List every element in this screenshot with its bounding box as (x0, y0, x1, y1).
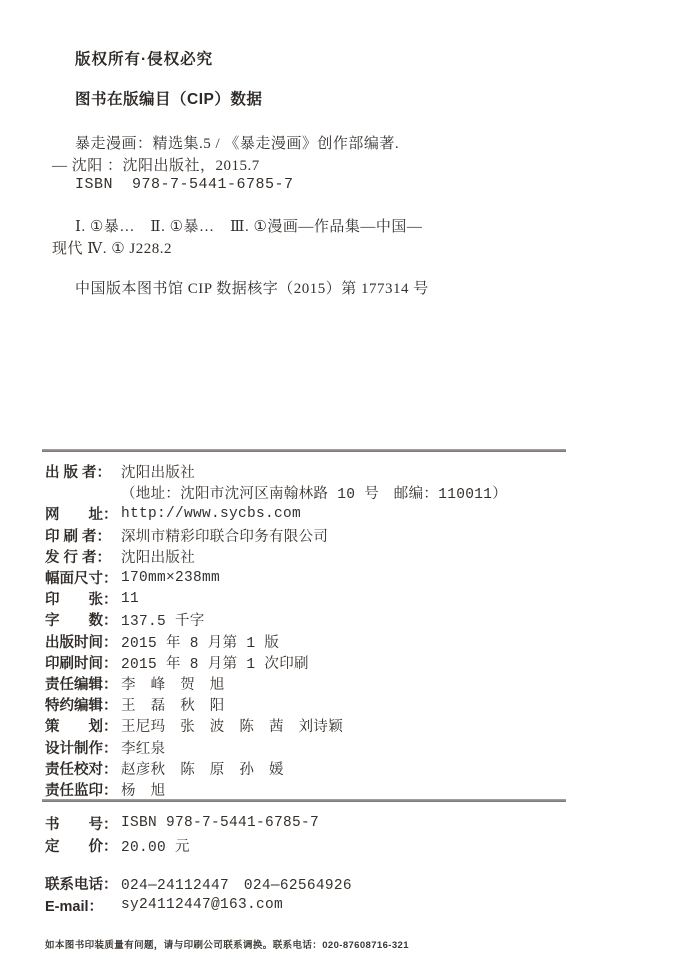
publication-row: 印刷时间： 2015 年 8 月第 1 次印刷 (45, 652, 507, 673)
publication-row: 责任监印： 杨 旭 (45, 779, 507, 800)
price-row: 定 价： 20.00 元 (45, 834, 319, 856)
publication-row: 策 划： 王尼玛 张 波 陈 茜 刘诗颖 (45, 715, 507, 736)
field-label: 特约编辑： (45, 694, 121, 715)
publication-row: 印 张： 11 (45, 588, 507, 609)
field-label: 策 划： (45, 715, 121, 736)
publication-row: （地址：沈阳市沈河区南翰林路 10 号 邮编：110011） (45, 482, 507, 503)
contact-list: 联系电话： 024—24112447 024—62564926 E-mail： … (45, 872, 352, 916)
field-value: 11 (121, 591, 139, 607)
publication-row: 幅面尺寸： 170mm×238mm (45, 567, 507, 588)
field-label: 印 刷 者： (45, 525, 121, 546)
publication-row: 印 刷 者： 深圳市精彩印联合印务有限公司 (45, 525, 507, 546)
field-value: http://www.sycbs.com (121, 506, 301, 522)
field-value: （地址：沈阳市沈河区南翰林路 10 号 邮编：110011） (121, 482, 507, 503)
cip-class-line-2: 现代 Ⅳ. ① J228.2 (52, 237, 172, 258)
field-value: 沈阳出版社 (121, 461, 195, 482)
field-label: 幅面尺寸： (45, 567, 121, 588)
field-label: 定 价： (45, 835, 121, 856)
publication-row: 设计制作： 李红泉 (45, 736, 507, 757)
field-label: E-mail： (45, 895, 121, 916)
field-value: 20.00 元 (121, 835, 190, 856)
field-value: 沈阳出版社 (121, 546, 195, 567)
publication-row: 出 版 者： 沈阳出版社 (45, 461, 507, 482)
field-label: 出版时间： (45, 631, 121, 652)
field-value: 2015 年 8 月第 1 次印刷 (121, 652, 309, 673)
divider-bottom (42, 799, 566, 802)
cip-record-number: 中国版本图书馆 CIP 数据核字（2015）第 177314 号 (75, 277, 429, 298)
publication-row: 责任编辑： 李 峰 贺 旭 (45, 673, 507, 694)
field-label: 责任校对： (45, 758, 121, 779)
copyright-page: 版权所有·侵权必究 图书在版编目（CIP）数据 暴走漫画：精选集.5 / 《暴走… (0, 0, 700, 980)
book-number-row: 书 号： ISBN 978-7-5441-6785-7 (45, 812, 319, 834)
contact-phone-row: 联系电话： 024—24112447 024—62564926 (45, 872, 352, 894)
field-label: 印刷时间： (45, 652, 121, 673)
cip-class-line-1: Ⅰ. ①暴… Ⅱ. ①暴… Ⅲ. ①漫画—作品集—中国— (75, 215, 422, 236)
field-label: 责任编辑： (45, 673, 121, 694)
publication-row: 特约编辑： 王 磊 秋 阳 (45, 694, 507, 715)
field-label: 网 址： (45, 503, 121, 524)
field-label: 书 号： (45, 813, 121, 834)
field-value: 王 磊 秋 阳 (121, 694, 225, 715)
field-label: 责任监印： (45, 779, 121, 800)
publication-row: 网 址： http://www.sycbs.com (45, 503, 507, 524)
field-value: ISBN 978-7-5441-6785-7 (121, 815, 319, 831)
quality-note: 如本图书印装质量有问题，请与印刷公司联系调换。联系电话：020-87608716… (45, 937, 409, 951)
field-label: 印 张： (45, 588, 121, 609)
field-value: 137.5 千字 (121, 609, 205, 630)
cip-title-line: 暴走漫画：精选集.5 / 《暴走漫画》创作部编著. (75, 132, 399, 153)
field-value: 024—24112447 024—62564926 (121, 873, 352, 894)
publication-row: 发 行 者： 沈阳出版社 (45, 546, 507, 567)
field-value: 赵彦秋 陈 原 孙 媛 (121, 758, 284, 779)
field-value: 2015 年 8 月第 1 版 (121, 631, 279, 652)
publication-row: 字 数： 137.5 千字 (45, 609, 507, 630)
publication-row: 出版时间： 2015 年 8 月第 1 版 (45, 631, 507, 652)
pricing-list: 书 号： ISBN 978-7-5441-6785-7 定 价： 20.00 元 (45, 812, 319, 856)
field-label: 发 行 者： (45, 546, 121, 567)
field-value: 杨 旭 (121, 779, 165, 800)
field-value: 李 峰 贺 旭 (121, 673, 225, 694)
cip-publisher-line: — 沈阳 ：沈阳出版社，2015.7 (52, 154, 260, 175)
field-label: 设计制作： (45, 737, 121, 758)
copyright-notice: 版权所有·侵权必究 (75, 47, 213, 69)
publication-row: 责任校对： 赵彦秋 陈 原 孙 媛 (45, 758, 507, 779)
field-value: 深圳市精彩印联合印务有限公司 (121, 525, 328, 546)
field-label: 出 版 者： (45, 461, 121, 482)
cip-heading: 图书在版编目（CIP）数据 (75, 87, 262, 109)
cip-isbn-line: ISBN 978-7-5441-6785-7 (75, 176, 294, 193)
field-value: 李红泉 (121, 737, 165, 758)
field-value: sy24112447@163.com (121, 897, 283, 913)
publication-info-list: 出 版 者： 沈阳出版社 （地址：沈阳市沈河区南翰林路 10 号 邮编：1100… (45, 461, 507, 800)
field-label: 字 数： (45, 609, 121, 630)
field-value: 170mm×238mm (121, 570, 220, 586)
divider-top (42, 449, 566, 452)
field-label: 联系电话： (45, 873, 121, 894)
field-value: 王尼玛 张 波 陈 茜 刘诗颖 (121, 715, 343, 736)
contact-email-row: E-mail： sy24112447@163.com (45, 894, 352, 916)
